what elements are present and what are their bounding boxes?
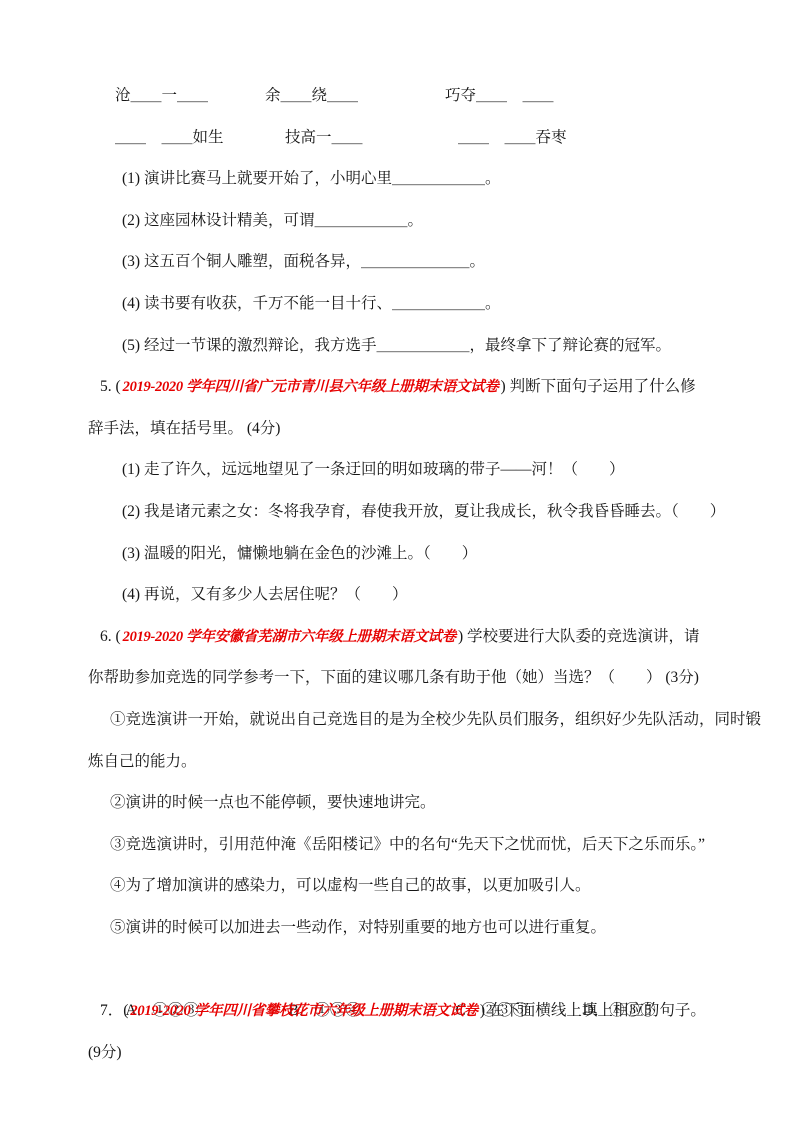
question-5-stem: ) 判断下面句子运用了什么修	[501, 378, 696, 395]
idiom-blank-5: 技高一＿＿	[285, 117, 363, 159]
fill-sentence-4: (4) 读书要有收获，千万不能一目十行、＿＿＿＿＿＿。	[88, 283, 753, 325]
question-7-stem: ) 在下面横线上填上相应的句子。	[480, 1002, 706, 1019]
q5-sentence-3: (3) 温暖的阳光，慵懒地躺在金色的沙滩上。（ ）	[88, 533, 753, 575]
idiom-blank-row-2: ＿＿ ＿＿如生 技高一＿＿ ＿＿ ＿＿吞枣	[88, 117, 753, 159]
question-6-stem-line2: 你帮助参加竞选的同学参考一下，下面的建议哪几条有助于他（她）当选？（ ） (3分…	[88, 657, 753, 699]
exam-page: 沧＿＿一＿＿ 余＿＿绕＿＿ 巧夺＿＿ ＿＿ ＿＿ ＿＿如生 技高一＿＿ ＿＿ ＿…	[0, 0, 793, 1122]
question-5-stem-line2: 辞手法，填在括号里。 (4分)	[88, 408, 753, 450]
question-6-header: 6. (2019-2020 学年安徽省芜湖市六年级上册期末语文试卷) 学校要进行…	[88, 616, 753, 658]
question-7-citation: 2019-2020 学年四川省攀枝花市六年级上册期末语文试卷	[128, 1003, 479, 1019]
question-5-header: 5. (2019-2020 学年四川省广元市青川县六年级上册期末语文试卷) 判断…	[88, 366, 753, 408]
question-7-number: 7．(	[100, 1002, 128, 1019]
idiom-blank-row-1: 沧＿＿一＿＿ 余＿＿绕＿＿ 巧夺＿＿ ＿＿	[88, 75, 753, 117]
q6-statement-2: ②演讲的时候一点也不能停顿，要快速地讲完。	[88, 782, 753, 824]
q6-statement-1-line1: ①竞选演讲一开始，就说出自己竞选目的是为全校少先队员们服务，组织好少先队活动，同…	[88, 699, 753, 741]
q6-statement-1-line2: 炼自己的能力。	[88, 741, 753, 783]
fill-sentence-5: (5) 经过一节课的激烈辩论，我方选手＿＿＿＿＿＿，最终拿下了辩论赛的冠军。	[88, 325, 753, 367]
question-5-citation: 2019-2020 学年四川省广元市青川县六年级上册期末语文试卷	[121, 379, 501, 395]
q5-sentence-2: (2) 我是诸元素之女：冬将我孕育，春使我开放，夏让我成长，秋令我昏昏睡去。（ …	[88, 491, 753, 533]
q6-statement-5: ⑤演讲的时候可以加进去一些动作，对特别重要的地方也可以进行重复。	[88, 907, 753, 949]
idiom-blank-3: 巧夺＿＿ ＿＿	[445, 75, 554, 117]
fill-sentence-2: (2) 这座园林设计精美，可谓＿＿＿＿＿＿。	[88, 200, 753, 242]
fill-sentence-3: (3) 这五百个铜人雕塑，面税各异，＿＿＿＿＿＿＿。	[88, 241, 753, 283]
q6-options-row: A．①②③B．①③④C．②③⑤D．①③⑤	[88, 948, 753, 990]
question-7-score: (9分)	[88, 1032, 753, 1074]
q6-statement-4: ④为了增加演讲的感染力，可以虚构一些自己的故事，以更加吸引人。	[88, 865, 753, 907]
fill-sentence-1: (1) 演讲比赛马上就要开始了，小明心里＿＿＿＿＿＿。	[88, 158, 753, 200]
question-6-citation: 2019-2020 学年安徽省芜湖市六年级上册期末语文试卷	[121, 629, 458, 645]
question-6-number: 6. (	[100, 628, 121, 645]
q5-sentence-1: (1) 走了许久，远远地望见了一条迂回的明如玻璃的带子——河！（ ）	[88, 449, 753, 491]
question-5-number: 5. (	[100, 378, 121, 395]
idiom-blank-6: ＿＿ ＿＿吞枣	[458, 117, 567, 159]
idiom-blank-2: 余＿＿绕＿＿	[265, 75, 358, 117]
q5-sentence-4: (4) 再说，又有多少人去居住呢？（ ）	[88, 574, 753, 616]
idiom-blank-1: 沧＿＿一＿＿	[115, 75, 208, 117]
question-7-header: 7．(2019-2020 学年四川省攀枝花市六年级上册期末语文试卷) 在下面横线…	[88, 990, 753, 1032]
idiom-blank-4: ＿＿ ＿＿如生	[115, 117, 224, 159]
question-6-stem: ) 学校要进行大队委的竞选演讲，请	[458, 628, 700, 645]
q6-statement-3: ③竞选演讲时，引用范仲淹《岳阳楼记》中的名句“先天下之忧而忧，后天下之乐而乐。”	[88, 824, 753, 866]
